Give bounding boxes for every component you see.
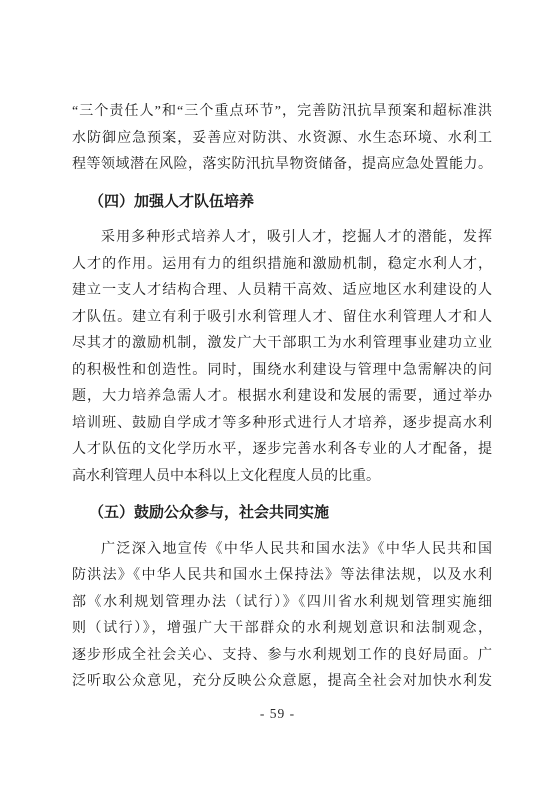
text-line: 高水利管理人员中本科以上文化程度人员的比重。: [72, 464, 492, 491]
text-line: 建立一支人才结构合理、人员精干高效、适应地区水利建设的人: [72, 278, 492, 305]
section-heading-4-talent-training: （四）加强人才队伍培养: [72, 189, 492, 216]
text-line: 泛听取公众意见，充分反映公众意愿，提高全社会对加快水利发: [72, 669, 492, 696]
document-page: “三个责任人”和“三个重点环节”，完善防汛抗旱预案和超标准洪 水防御应急预案，妥…: [0, 0, 555, 785]
text-line: 程等领域潜在风险，落实防汛抗旱物资储备，提高应急处置能力。: [72, 152, 492, 179]
text-line: 则（试行）》，增强广大干部群众的水利规划意识和法制观念，: [72, 616, 492, 643]
text-line: 广泛深入地宣传《中华人民共和国水法》《中华人民共和国: [72, 537, 492, 564]
section-heading-5-public-participation: （五）鼓励公众参与，社会共同实施: [72, 500, 492, 527]
text-line: 尽其才的激励机制，激发广大干部职工为水利管理事业建功立业: [72, 331, 492, 358]
text-line: 培训班、鼓励自学成才等多种形式进行人才培养，逐步提高水利: [72, 411, 492, 438]
text-line: 采用多种形式培养人才，吸引人才，挖掘人才的潜能，发挥: [72, 225, 492, 252]
text-line: 才队伍。建立有利于吸引水利管理人才、留住水利管理人才和人: [72, 305, 492, 332]
text-block: “三个责任人”和“三个重点环节”，完善防汛抗旱预案和超标准洪 水防御应急预案，妥…: [72, 99, 492, 696]
text-line: “三个责任人”和“三个重点环节”，完善防汛抗旱预案和超标准洪: [72, 99, 492, 126]
text-line: 水防御应急预案，妥善应对防洪、水资源、水生态环境、水利工: [72, 126, 492, 153]
paragraph-public-participation: 广泛深入地宣传《中华人民共和国水法》《中华人民共和国 防洪法》《中华人民共和国水…: [72, 537, 492, 696]
paragraph-flood-control: “三个责任人”和“三个重点环节”，完善防汛抗旱预案和超标准洪 水防御应急预案，妥…: [72, 99, 492, 179]
page-number: - 59 -: [0, 706, 555, 722]
text-line: 逐步形成全社会关心、支持、参与水利规划工作的良好局面。广: [72, 643, 492, 670]
text-line: 防洪法》《中华人民共和国水土保持法》等法律法规，以及水利: [72, 563, 492, 590]
text-line: 的积极性和创造性。同时，围绕水利建设与管理中急需解决的问: [72, 358, 492, 385]
text-line: 人才的作用。运用有力的组织措施和激励机制，稳定水利人才，: [72, 252, 492, 279]
text-line: 题，大力培养急需人才。根据水利建设和发展的需要，通过举办: [72, 384, 492, 411]
text-line: 人才队伍的文化学历水平，逐步完善水利各专业的人才配备，提: [72, 437, 492, 464]
paragraph-talent-training: 采用多种形式培养人才，吸引人才，挖掘人才的潜能，发挥 人才的作用。运用有力的组织…: [72, 225, 492, 490]
text-line: 部《水利规划管理办法（试行）》《四川省水利规划管理实施细: [72, 590, 492, 617]
